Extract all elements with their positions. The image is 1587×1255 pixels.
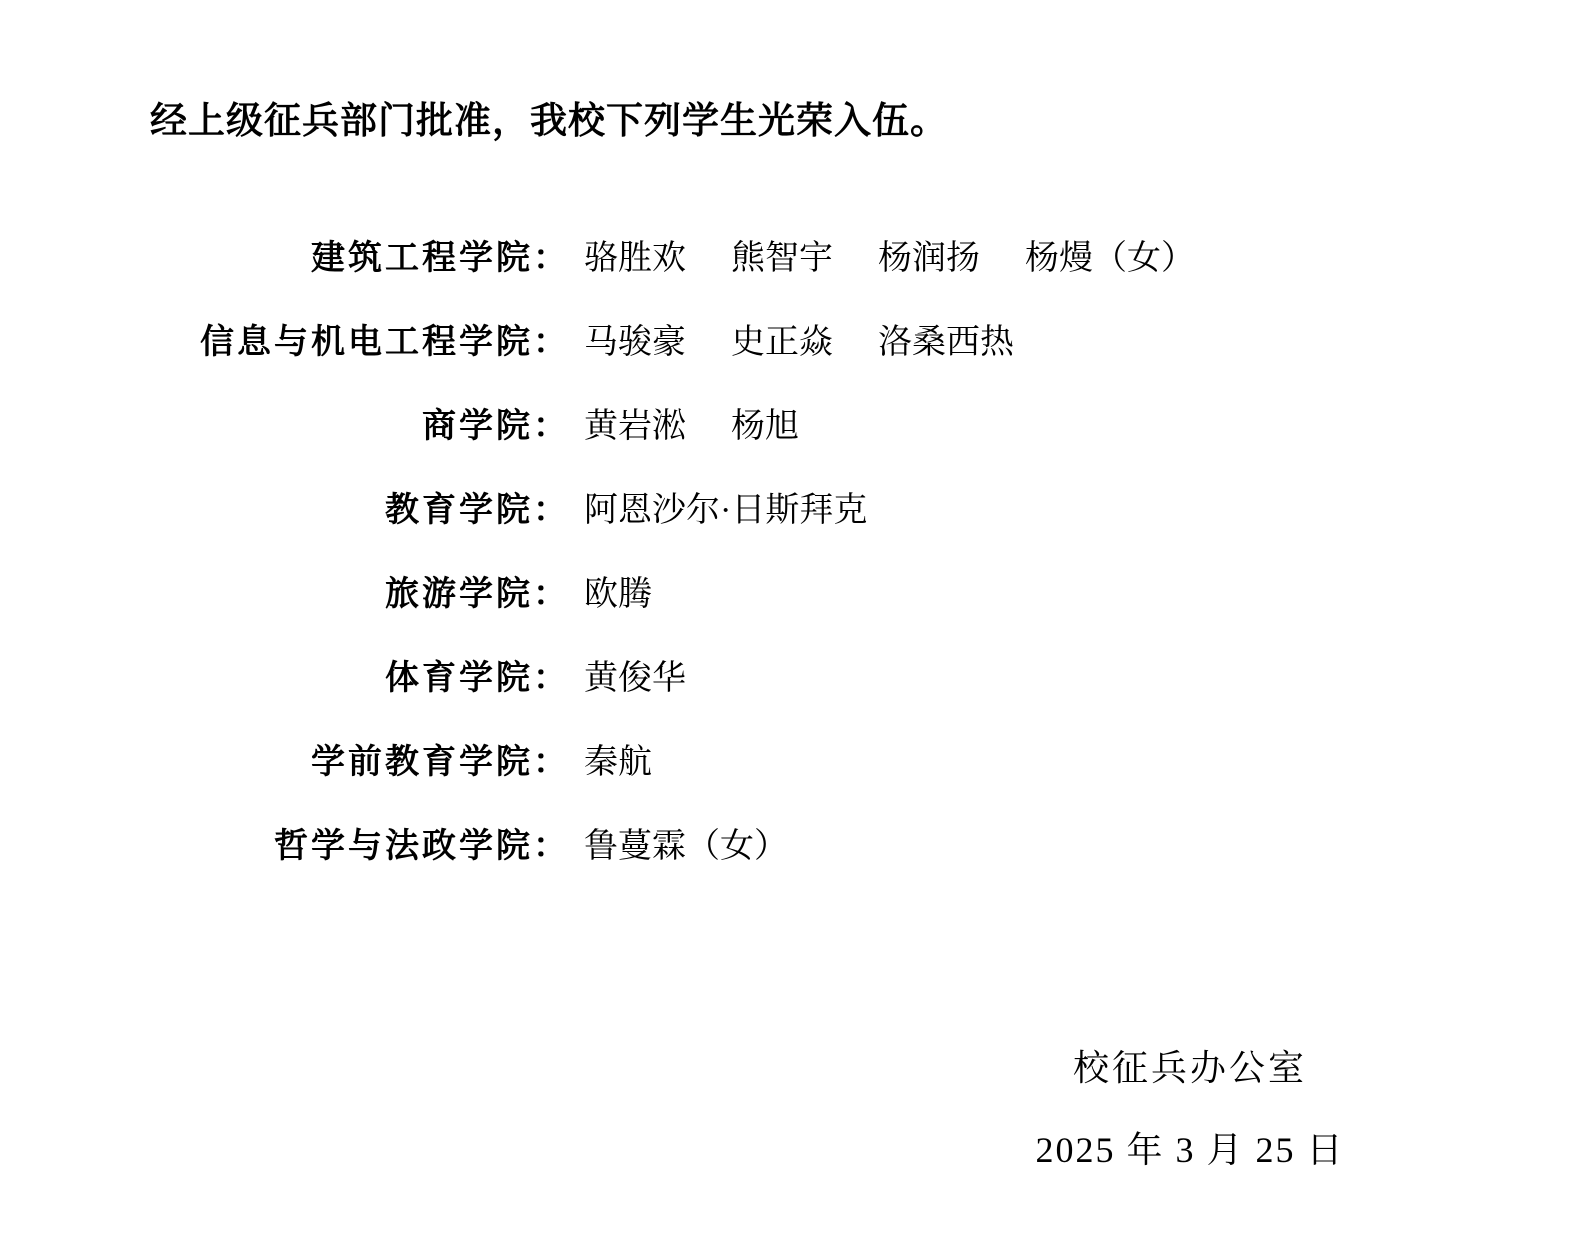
document-page: 经上级征兵部门批准，我校下列学生光荣入伍。 建筑工程学院： 骆胜欢 熊智宇 杨润… [0, 0, 1587, 1255]
student-name: 秦航 [584, 734, 652, 783]
student-name: 骆胜欢 [584, 230, 686, 279]
college-label: 学前教育学院： [0, 734, 570, 783]
student-names: 欧腾 [584, 566, 652, 615]
student-name: 鲁蔓霖（女） [584, 818, 788, 867]
roster-row: 建筑工程学院： 骆胜欢 熊智宇 杨润扬 杨熳（女） [0, 212, 1587, 296]
student-names: 骆胜欢 熊智宇 杨润扬 杨熳（女） [584, 230, 1195, 279]
roster-row: 体育学院： 黄俊华 [0, 632, 1587, 716]
enlistment-roster: 建筑工程学院： 骆胜欢 熊智宇 杨润扬 杨熳（女） 信息与机电工程学院： 马骏豪… [0, 212, 1587, 884]
student-names: 鲁蔓霖（女） [584, 818, 788, 867]
student-name: 杨润扬 [878, 230, 980, 279]
college-label: 商学院： [0, 398, 570, 447]
college-label: 体育学院： [0, 650, 570, 699]
student-name: 黄俊华 [584, 650, 686, 699]
college-label: 哲学与法政学院： [0, 818, 570, 867]
student-names: 阿恩沙尔·日斯拜克 [584, 482, 867, 531]
roster-row: 学前教育学院： 秦航 [0, 716, 1587, 800]
college-label: 信息与机电工程学院： [0, 314, 570, 363]
college-label: 旅游学院： [0, 566, 570, 615]
roster-row: 信息与机电工程学院： 马骏豪 史正焱 洛桑西热 [0, 296, 1587, 380]
college-label: 建筑工程学院： [0, 230, 570, 279]
student-name: 杨熳（女） [1025, 230, 1195, 279]
student-name: 阿恩沙尔·日斯拜克 [584, 482, 867, 531]
student-names: 马骏豪 史正焱 洛桑西热 [584, 314, 1014, 363]
student-name: 熊智宇 [731, 230, 833, 279]
intro-text: 经上级征兵部门批准，我校下列学生光荣入伍。 [150, 90, 948, 144]
signature-date: 2025 年 3 月 25 日 [1010, 1122, 1370, 1173]
student-name: 黄岩淞 [584, 398, 686, 447]
roster-row: 教育学院： 阿恩沙尔·日斯拜克 [0, 464, 1587, 548]
student-name: 欧腾 [584, 566, 652, 615]
student-name: 史正焱 [731, 314, 833, 363]
student-name: 马骏豪 [584, 314, 686, 363]
student-names: 黄岩淞 杨旭 [584, 398, 799, 447]
roster-row: 商学院： 黄岩淞 杨旭 [0, 380, 1587, 464]
college-label: 教育学院： [0, 482, 570, 531]
signing-office: 校征兵办公室 [1010, 1040, 1370, 1091]
student-name: 洛桑西热 [878, 314, 1014, 363]
signature-block: 校征兵办公室 2025 年 3 月 25 日 [1010, 1040, 1370, 1173]
student-names: 秦航 [584, 734, 652, 783]
roster-row: 旅游学院： 欧腾 [0, 548, 1587, 632]
roster-row: 哲学与法政学院： 鲁蔓霖（女） [0, 800, 1587, 884]
student-name: 杨旭 [731, 398, 799, 447]
student-names: 黄俊华 [584, 650, 686, 699]
